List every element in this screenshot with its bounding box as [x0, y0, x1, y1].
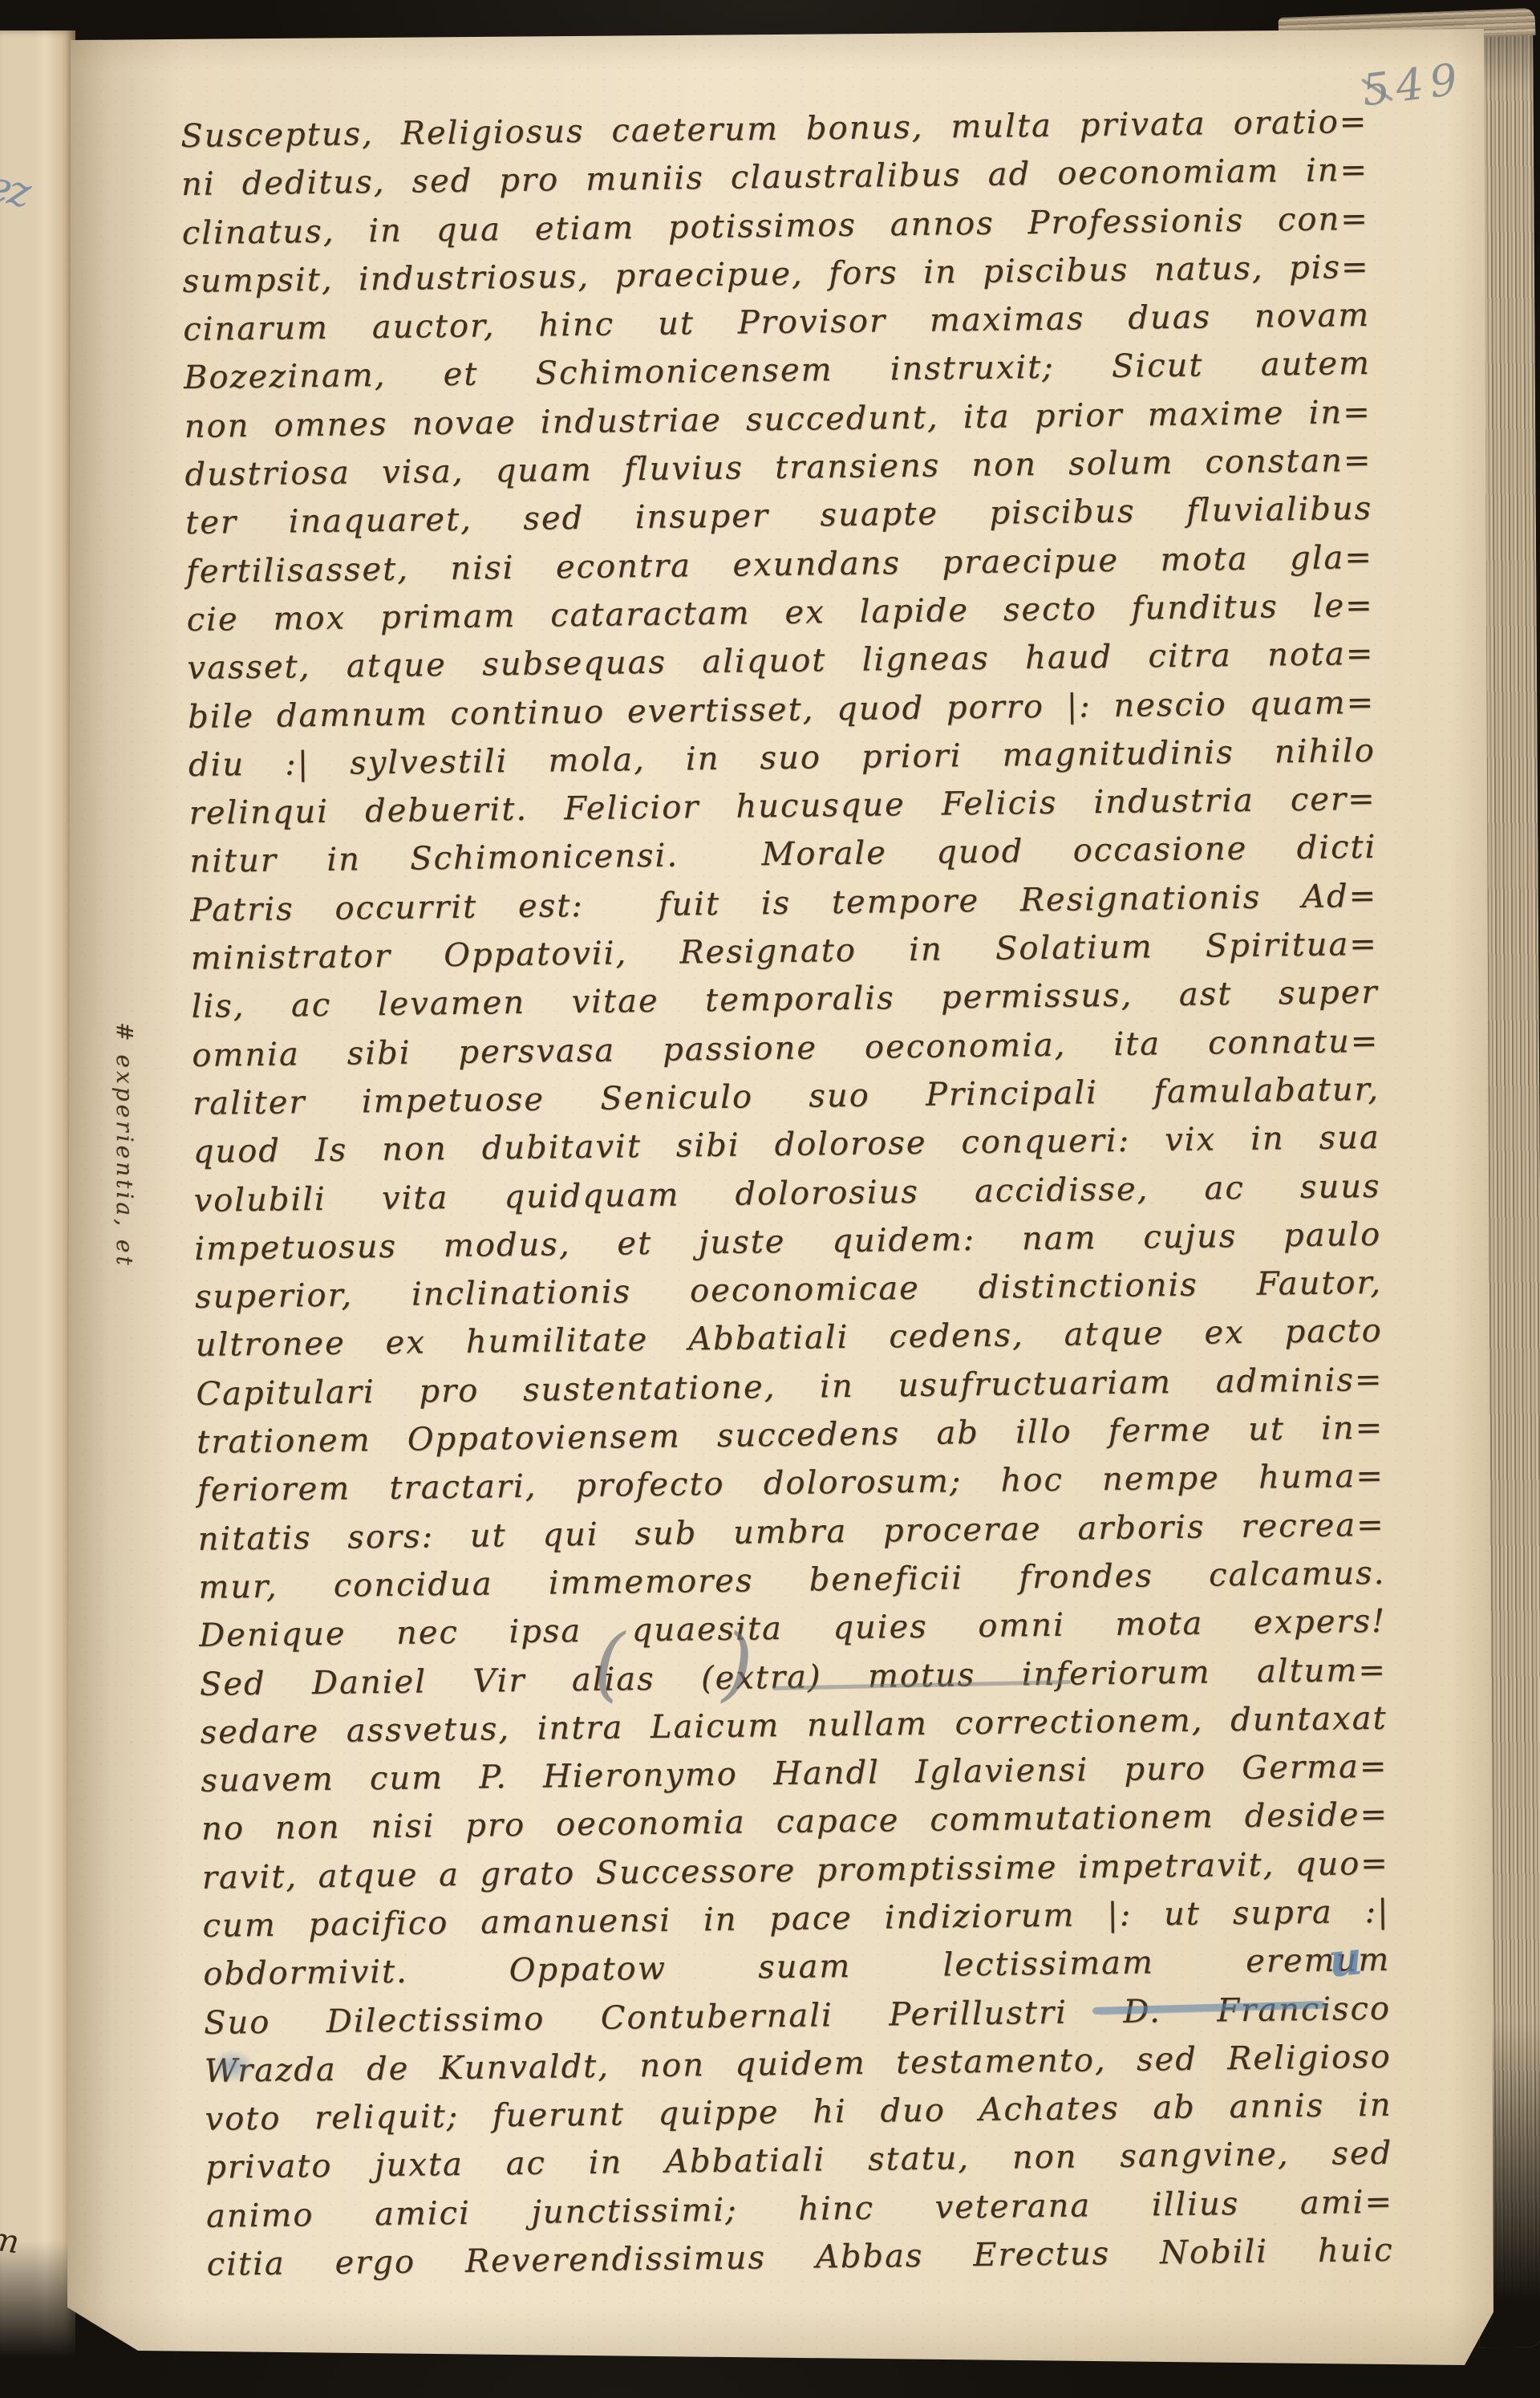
ink-fragment: m — [0, 2221, 22, 2262]
page-number: 549 — [1360, 53, 1467, 116]
book-scan: ez m 549 # experientia, et Susceptus, Re… — [0, 0, 1540, 2398]
blue-ink-scribble: ez — [0, 161, 32, 217]
margin-note-mark: # — [111, 1022, 138, 1044]
margin-note: # experientia, et — [111, 1022, 138, 1268]
facing-page-edge: ez m — [0, 30, 75, 2357]
margin-note-text: experientia, et — [111, 1054, 138, 1268]
manuscript-page: 549 # experientia, et Susceptus, Religio… — [63, 29, 1506, 2376]
manuscript-text: Susceptus, Religiosus caeterum bonus, mu… — [180, 98, 1394, 2289]
